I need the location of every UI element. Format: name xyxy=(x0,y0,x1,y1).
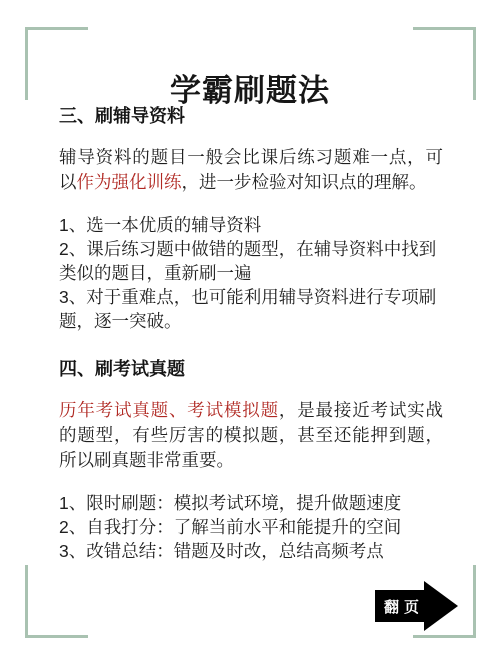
section-heading-exam-papers: 四、刷考试真题 xyxy=(59,357,443,381)
page-background: 学霸刷题法 三、刷辅导资料 辅导资料的题目一般会比课后练习题难一点，可以作为强化… xyxy=(0,0,500,667)
paragraph-tutoring-materials: 辅导资料的题目一般会比课后练习题难一点，可以作为强化训练，进一步检验对知识点的理… xyxy=(59,145,443,195)
list-item: 1、选一本优质的辅导资料 xyxy=(59,213,443,237)
section-heading-tutoring-materials: 三、刷辅导资料 xyxy=(59,104,443,128)
numbered-list-exam: 1、限时刷题：模拟考试环境，提升做题速度 2、自我打分：了解当前水平和能提升的空… xyxy=(59,491,443,563)
content-column: 三、刷辅导资料 辅导资料的题目一般会比课后练习题难一点，可以作为强化训练，进一步… xyxy=(59,104,443,587)
page-turn-label: 翻页 xyxy=(375,590,424,622)
page-turn-button[interactable]: 翻页 xyxy=(375,581,458,631)
highlighted-text: 历年考试真题、考试模拟题 xyxy=(59,400,279,420)
paragraph-text: ，进一步检验对知识点的理解。 xyxy=(182,172,427,192)
arrow-right-icon xyxy=(424,581,458,631)
numbered-list-tutoring: 1、选一本优质的辅导资料 2、课后练习题中做错的题型，在辅导资料中找到类似的题目… xyxy=(59,213,443,333)
paragraph-exam-papers: 历年考试真题、考试模拟题，是最接近考试实战的题型，有些厉害的模拟题，甚至还能押到… xyxy=(59,398,443,473)
highlighted-text: 作为强化训练 xyxy=(77,172,182,192)
list-item: 1、限时刷题：模拟考试环境，提升做题速度 xyxy=(59,491,443,515)
list-item: 3、改错总结：错题及时改，总结高频考点 xyxy=(59,539,443,563)
list-item: 2、课后练习题中做错的题型，在辅导资料中找到类似的题目，重新刷一遍 xyxy=(59,237,443,285)
list-item: 3、对于重难点，也可能利用辅导资料进行专项刷题，逐一突破。 xyxy=(59,285,443,333)
list-item: 2、自我打分：了解当前水平和能提升的空间 xyxy=(59,515,443,539)
